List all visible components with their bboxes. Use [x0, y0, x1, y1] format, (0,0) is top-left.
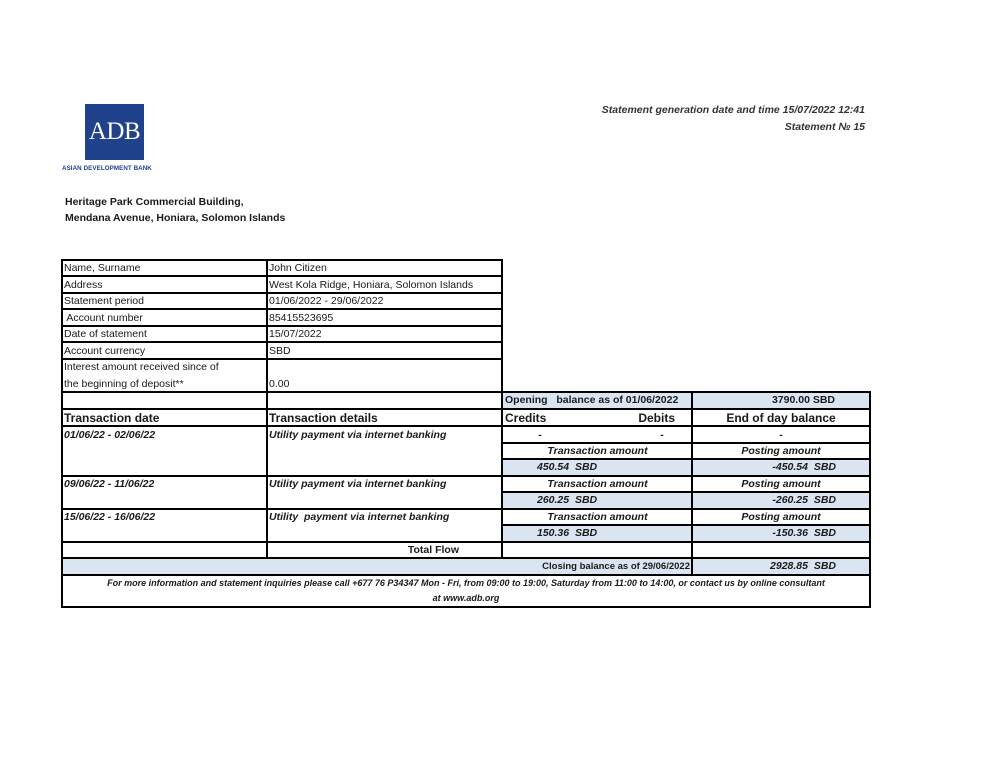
closing-balance-label: Closing balance as of 29/06/2022	[503, 558, 690, 574]
info-label-statement-date: Date of statement	[64, 326, 147, 342]
transaction-details: Utility payment via internet banking	[269, 509, 449, 525]
info-value-name: John Citizen	[269, 260, 327, 276]
adb-logo: ADB	[85, 104, 144, 160]
info-label-address: Address	[64, 277, 103, 293]
info-label-account: Account number	[64, 310, 143, 326]
transaction-amount-label: Transaction amount	[503, 509, 692, 525]
opening-balance-value: 3790.00 SBD	[692, 392, 835, 408]
transaction-amount: 150.36 SBD	[537, 525, 597, 541]
info-label-period: Statement period	[64, 293, 144, 309]
transaction-date: 15/06/22 - 16/06/22	[64, 509, 155, 525]
transaction-date: 01/06/22 - 02/06/22	[64, 427, 155, 443]
transaction-details: Utility payment via internet banking	[269, 427, 446, 443]
transaction-amount: 450.54 SBD	[537, 459, 597, 475]
bank-address-line2: Mendana Avenue, Honiara, Solomon Islands	[65, 212, 285, 224]
info-label-interest-1: Interest amount received since of	[64, 359, 219, 375]
transaction-details: Utility payment via internet banking	[269, 476, 446, 492]
info-value-statement-date: 15/07/2022	[269, 326, 322, 342]
closing-balance-value: 2928.85 SBD	[693, 558, 836, 574]
bank-address-line1: Heritage Park Commercial Building,	[65, 196, 244, 208]
footer-contact-line2: at www.adb.org	[63, 590, 869, 605]
info-label-interest-2: the beginning of deposit**	[64, 376, 184, 392]
balance-value: -	[693, 427, 929, 443]
info-value-account: 85415523695	[269, 310, 333, 326]
info-value-period: 01/06/2022 - 29/06/2022	[269, 293, 383, 309]
info-value-address: West Kola Ridge, Honiara, Solomon Island…	[269, 277, 473, 293]
transaction-amount-label: Transaction amount	[503, 476, 692, 492]
transaction-amount-label: Transaction amount	[503, 443, 692, 459]
posting-amount-label: Posting amount	[693, 509, 869, 525]
statement-generation-date: Statement generation date and time 15/07…	[602, 104, 865, 116]
posting-amount-label: Posting amount	[693, 443, 869, 459]
posting-amount-label: Posting amount	[693, 476, 869, 492]
info-label-name: Name, Surname	[64, 260, 140, 276]
opening-balance-label: Opening balance as of 01/06/2022	[505, 392, 678, 408]
total-flow-label: Total Flow	[268, 542, 459, 558]
transaction-date: 09/06/22 - 11/06/22	[64, 476, 154, 492]
info-value-currency: SBD	[269, 343, 291, 359]
transaction-amount: 260.25 SBD	[537, 492, 597, 508]
info-value-interest: 0.00	[269, 376, 289, 392]
statement-number: Statement № 15	[785, 121, 865, 133]
posting-amount: -150.36 SBD	[693, 525, 836, 541]
info-label-currency: Account currency	[64, 343, 145, 359]
credit-value: -	[530, 427, 550, 443]
posting-amount: -450.54 SBD	[693, 459, 836, 475]
posting-amount: -260.25 SBD	[693, 492, 836, 508]
bank-name: ASIAN DEVELOPMENT BANK	[62, 165, 152, 172]
debit-value: -	[652, 427, 672, 443]
footer-contact-line1: For more information and statement inqui…	[63, 575, 869, 590]
